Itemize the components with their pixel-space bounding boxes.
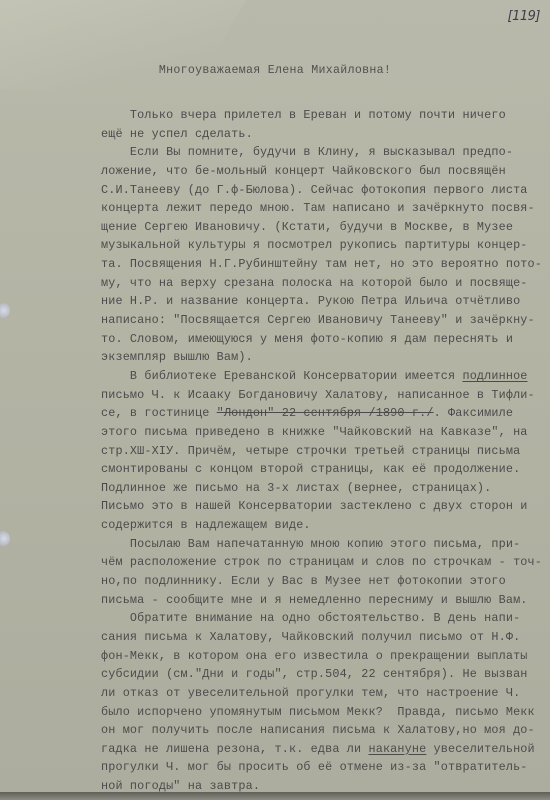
text-line: письмо Ч. к Исааку Богдановичу Халатову,… — [101, 386, 541, 405]
text-line: С.И.Танееву (до Г.ф-Бюлова). Сейчас фото… — [101, 181, 541, 200]
text-line: стр.XШ-ХIУ. Причём, четыре строчки треть… — [101, 442, 541, 461]
text-line: Посылаю Вам напечатанную мною копию этог… — [101, 535, 541, 554]
text-line: гадка не лишена резона, т.к. едва ли нак… — [101, 740, 541, 759]
underlined-word: подлинное — [462, 369, 527, 383]
text-line: Если Вы помните, будучи в Клину, я выска… — [101, 143, 541, 162]
text-line: Письмо это в нашей Консерватории застекл… — [101, 497, 541, 516]
salutation: Многоуважаемая Елена Михайловна! — [0, 64, 550, 77]
text-line: щение Сергею Ивановичу. (Кстати, будучи … — [101, 218, 541, 237]
letter-page: [119] Многоуважаемая Елена Михайловна! Т… — [0, 0, 550, 792]
page-bottom-edge — [0, 792, 550, 800]
text-line: сания письма к Халатову, Чайковский полу… — [101, 628, 541, 647]
text-line: то. Словом, имеющуюся у меня фото-копию … — [101, 330, 541, 349]
text-line: было испорчено упомянутым письмом Мекк? … — [101, 703, 541, 722]
text-line: смонтированы с концом второй страницы, к… — [101, 460, 541, 479]
text-line: В библиотеке Ереванской Консерватории им… — [101, 367, 541, 386]
text-line: ложение, что бе-мольный концерт Чайковск… — [101, 162, 541, 181]
text-line: чём расположение строк по страницам и сл… — [101, 553, 541, 572]
text-line: концерта лежит передо мною. Там написано… — [101, 199, 541, 218]
text-line: Обратите внимание на одно обстоятельство… — [101, 609, 541, 628]
text-line: Только вчера прилетел в Ереван и потому … — [101, 106, 541, 125]
text-line: ной погоды" на завтра. — [101, 777, 541, 792]
text-line: ещё не успел сделать. — [101, 125, 541, 144]
text-line: экземпляр вышлю Вам). — [101, 348, 541, 367]
text-line: се, в гостинице "Лондон" 22 сентября /18… — [101, 404, 541, 423]
text-line: музыкальной культуры я посмотрел рукопис… — [101, 236, 541, 255]
struck-through-text: "Лондон" 22 сентября /1890 г./ — [217, 406, 434, 420]
text-line: фон-Мекк, в котором она его известила о … — [101, 647, 541, 666]
underlined-word: накануне — [368, 742, 426, 756]
text-line: этого письма приведено в книжке "Чайковс… — [101, 423, 541, 442]
text-line: Подлинное же письмо на 3-х листах (верне… — [101, 479, 541, 498]
text-line: ние Н.Р. и название концерта. Рукою Петр… — [101, 292, 541, 311]
letter-body: Только вчера прилетел в Ереван и потому … — [101, 106, 541, 792]
text-line: но,по подлиннику. Если у Вас в Музее нет… — [101, 572, 541, 591]
text-line: прогулки Ч. мог бы просить об её отмене … — [101, 758, 541, 777]
text-line: письма - сообщите мне и я немедленно пер… — [101, 591, 541, 610]
text-line: содержится в надлежащем виде. — [101, 516, 541, 535]
text-line: ли отказ от увеселительной прогулки тем,… — [101, 684, 541, 703]
text-line: он мог получить после написания письма к… — [101, 721, 541, 740]
text-line: субсидии (см."Дни и годы", стр.504, 22 с… — [101, 665, 541, 684]
punch-hole-icon — [0, 531, 10, 546]
punch-hole-icon — [0, 303, 10, 318]
text-line: написано: "Посвящается Сергею Ивановичу … — [101, 311, 541, 330]
text-line: та. Посвящения Н.Г.Рубинштейну там нет, … — [101, 255, 541, 274]
text-line: му, что на верху срезана полоска на кото… — [101, 274, 541, 293]
archive-page-number: [119] — [508, 9, 540, 24]
